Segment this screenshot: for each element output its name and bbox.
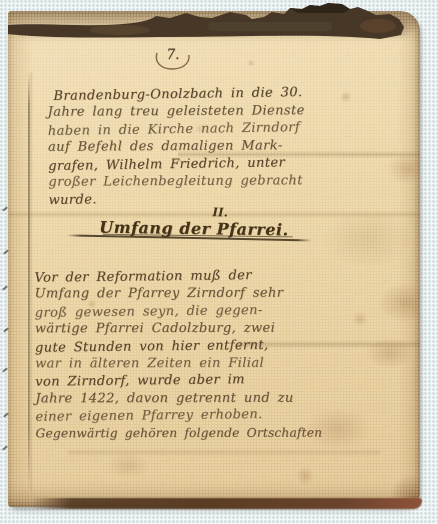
binding-crease	[28, 73, 30, 491]
scanned-manuscript: 7. Brandenburg-Onolzbach in die 30.Jahre…	[0, 0, 438, 524]
manuscript-page: 7. Brandenburg-Onolzbach in die 30.Jahre…	[8, 11, 420, 507]
manuscript-line: auf Befehl des damaligen Mark-	[48, 137, 305, 156]
page-number: 7.	[150, 44, 196, 72]
page-number-text: 7.	[167, 47, 180, 63]
paragraph-1: Brandenburg-Onolzbach in die 30.Jahre la…	[47, 85, 305, 210]
manuscript-line: Gegenwärtig gehören folgende Ortschaften	[36, 424, 323, 442]
bottom-page-edge	[32, 498, 422, 509]
section-heading: II. Umfang der Pfarrei.	[44, 204, 344, 243]
manuscript-line: Umfang der Pfarrey Zirndorf sehr	[35, 285, 322, 303]
manuscript-line: gute Stunden von hier entfernt,	[35, 336, 322, 357]
manuscript-line: einer eigenen Pfarrey erhoben.	[35, 405, 322, 426]
manuscript-line: wärtige Pfarrei Cadolzburg, zwei	[35, 320, 322, 338]
manuscript-line: von Zirndorf, wurde aber im	[35, 371, 322, 392]
paragraph-2: Vor der Reformation muß derUmfang der Pf…	[34, 267, 322, 443]
section-title: Umfang der Pfarrei.	[95, 217, 293, 243]
fold-crease	[68, 449, 380, 456]
